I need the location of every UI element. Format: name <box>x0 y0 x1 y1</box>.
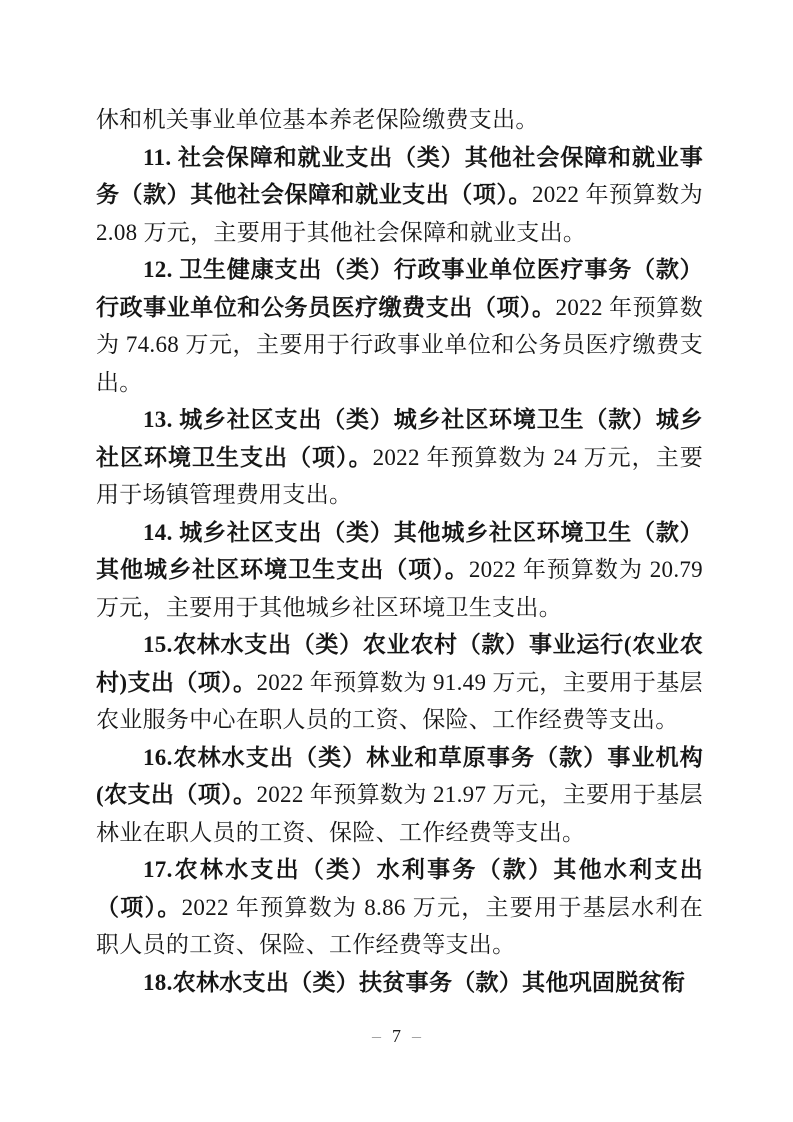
budget-item-18: 18.农林水支出（类）扶贫事务（款）其他巩固脱贫衔 <box>96 964 703 1002</box>
budget-item-11: 11. 社会保障和就业支出（类）其他社会保障和就业事务（款）其他社会保障和就业支… <box>96 139 703 252</box>
footer-dash-right: – <box>412 1026 421 1046</box>
footer-dash-left: – <box>372 1026 381 1046</box>
budget-item-14: 14. 城乡社区支出（类）其他城乡社区环境卫生（款）其他城乡社区环境卫生支出（项… <box>96 514 703 627</box>
item-17-body: 2022 年预算数为 8.86 万元，主要用于基层水利在职人员的工资、保险、工作… <box>96 895 703 958</box>
budget-item-13: 13. 城乡社区支出（类）城乡社区环境卫生（款）城乡社区环境卫生支出（项）。20… <box>96 401 703 514</box>
budget-item-15: 15.农林水支出（类）农业农村（款）事业运行(农业农村)支出（项）。2022 年… <box>96 626 703 739</box>
page-body-text: 休和机关事业单位基本养老保险缴费支出。 11. 社会保障和就业支出（类）其他社会… <box>96 101 703 1001</box>
budget-item-12: 12. 卫生健康支出（类）行政事业单位医疗事务（款）行政事业单位和公务员医疗缴费… <box>96 251 703 401</box>
item-18-heading: 18.农林水支出（类）扶贫事务（款）其他巩固脱贫衔 <box>143 970 685 995</box>
document-page: 休和机关事业单位基本养老保险缴费支出。 11. 社会保障和就业支出（类）其他社会… <box>0 0 793 1122</box>
budget-item-16: 16.农林水支出（类）林业和草原事务（款）事业机构(农支出（项）。2022 年预… <box>96 739 703 852</box>
continuation-line: 休和机关事业单位基本养老保险缴费支出。 <box>96 101 703 139</box>
budget-item-17: 17.农林水支出（类）水利事务（款）其他水利支出（项）。2022 年预算数为 8… <box>96 851 703 964</box>
page-footer: –7– <box>0 1023 793 1049</box>
page-number: 7 <box>392 1026 401 1046</box>
